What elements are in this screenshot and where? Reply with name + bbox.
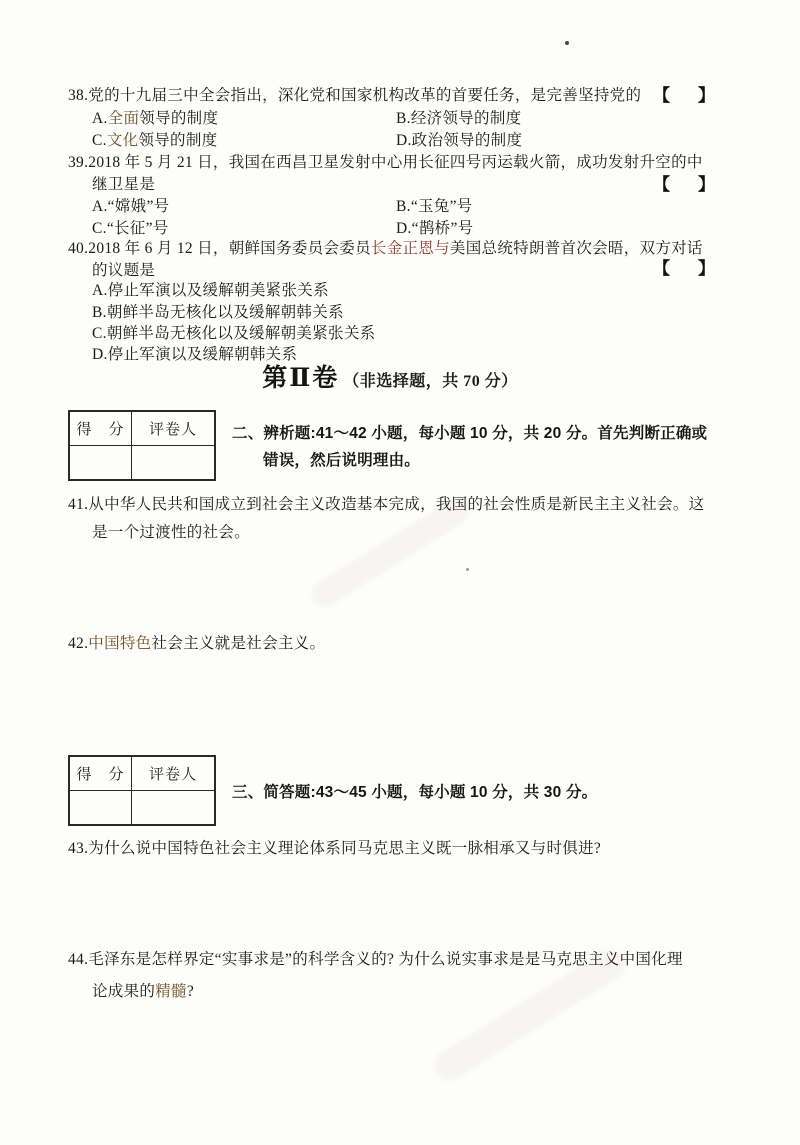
bracket-open: 【 (653, 86, 670, 106)
grader-label: 评卷人 (132, 757, 214, 791)
question-39-stem-line1: 39.2018 年 5 月 21 日，我国在西昌卫星发射中心用长征四号丙运载火箭… (68, 153, 703, 173)
question-44-line1: 44.毛泽东是怎样界定“实事求是”的科学含义的? 为什么说实事求是是马克思主义中… (68, 950, 683, 970)
bracket-close: 】 (698, 86, 715, 106)
score-box-1: 得 分 评卷人 (68, 410, 216, 481)
score-value-cell (70, 446, 132, 479)
bracket-close: 】 (698, 175, 715, 195)
score-value-cell (70, 791, 132, 824)
grader-label: 评卷人 (132, 412, 214, 446)
part2-subtitle: （非选择题，共 70 分） (343, 368, 518, 391)
question-39-stem-text: 继卫星是 (92, 176, 155, 193)
grader-value-cell (132, 791, 214, 824)
option-label: C. (92, 132, 107, 149)
question-39-option-c: C.“长征”号 (92, 219, 169, 239)
scan-speck (466, 568, 469, 571)
option-text: C.“长征”号 (92, 220, 169, 237)
question-40-option-c: C.朝鲜半岛无核化以及缓解朝美紧张关系 (92, 324, 375, 344)
option-text: A.“嫦娥”号 (92, 198, 169, 215)
question-38-stem-text: 38.党的十九届三中全会指出，深化党和国家机构改革的首要任务，是完善坚持党的 (68, 87, 641, 104)
scan-speck (565, 41, 569, 45)
question-44-text: 论成果的 (92, 983, 155, 1000)
bracket-open: 【 (653, 175, 670, 195)
question-38-answer-brackets: 【 】 (653, 86, 715, 106)
question-38-option-a: A.全面领导的制度 (92, 109, 218, 129)
question-42-line: 42.中国特色社会主义就是社会主义。 (68, 634, 325, 654)
question-41-text: 是一个过渡性的社会。 (92, 524, 250, 541)
question-41-line2: 是一个过渡性的社会。 (92, 523, 250, 543)
section2-text: 错误，然后说明理由。 (263, 452, 420, 469)
question-44-text: 精髓 (155, 983, 187, 1000)
bracket-close: 】 (698, 259, 715, 279)
option-label: A. (92, 110, 108, 127)
question-43-text: 43.为什么说中国特色社会主义理论体系同马克思主义既一脉相承又与时俱进? (68, 840, 601, 857)
question-40-answer-brackets: 【 】 (653, 259, 715, 279)
option-text: B.“玉兔”号 (396, 198, 473, 215)
option-text: 文化 (107, 132, 139, 149)
question-40-stem-line1: 40.2018 年 6 月 12 日，朝鲜国务委员会委员长金正恩与美国总统特朗普… (68, 239, 703, 259)
option-text: 全面 (108, 110, 140, 127)
question-39-stem-line2: 继卫星是 (92, 175, 155, 195)
score-box-2: 得 分 评卷人 (68, 755, 216, 826)
score-label: 得 分 (70, 412, 132, 446)
question-40-option-b: B.朝鲜半岛无核化以及缓解朝韩关系 (92, 303, 344, 323)
question-43-line: 43.为什么说中国特色社会主义理论体系同马克思主义既一脉相承又与时俱进? (68, 839, 601, 859)
section2-instructions-line2: 错误，然后说明理由。 (263, 451, 420, 471)
section2-text: 二、辨析题:41～42 小题，每小题 10 分，共 20 分。首先判断正确或 (232, 425, 707, 442)
section2-instructions-line1: 二、辨析题:41～42 小题，每小题 10 分，共 20 分。首先判断正确或 (232, 424, 707, 444)
question-39-answer-brackets: 【 】 (653, 175, 715, 195)
section3-text: 三、简答题:43～45 小题，每小题 10 分，共 30 分。 (232, 784, 597, 801)
question-40-stem-line2: 的议题是 (92, 261, 155, 281)
option-text: D.“鹊桥”号 (396, 220, 473, 237)
question-38-option-c: C.文化领导的制度 (92, 131, 217, 151)
option-text: 领导的制度 (139, 110, 218, 127)
part2-title: 第Ⅱ卷 (262, 358, 339, 394)
question-38-option-d: D.政治领导的制度 (396, 131, 522, 151)
question-39-stem-text: 39.2018 年 5 月 21 日，我国在西昌卫星发射中心用长征四号丙运载火箭… (68, 154, 703, 171)
question-38-option-b: B.经济领导的制度 (396, 109, 521, 129)
option-text: B.朝鲜半岛无核化以及缓解朝韩关系 (92, 304, 344, 321)
question-44-text: 44.毛泽东是怎样界定“实事求是”的科学含义的? 为什么说实事求是是马克思主义中… (68, 951, 683, 968)
question-41-text: 41.从中华人民共和国成立到社会主义改造基本完成，我国的社会性质是新民主主义社会… (68, 496, 704, 513)
question-40-stem-text: 美国总统特朗普首次会晤，双方对话 (450, 240, 703, 257)
option-text: B.经济领导的制度 (396, 110, 521, 127)
question-39-option-b: B.“玉兔”号 (396, 197, 473, 217)
question-42-number: 42. (68, 635, 88, 652)
part2-heading: 第Ⅱ卷 （非选择题，共 70 分） (0, 358, 780, 394)
question-40-stem-text: 40.2018 年 6 月 12 日，朝鲜国务委员会委员 (68, 240, 371, 257)
question-39-option-d: D.“鹊桥”号 (396, 219, 473, 239)
bracket-open: 【 (653, 259, 670, 279)
question-42-text: 中国特色 (88, 635, 151, 652)
grader-value-cell (132, 446, 214, 479)
question-40-option-a: A.停止军演以及缓解朝美紧张关系 (92, 281, 329, 301)
question-40-stem-text: 长金正恩与 (371, 240, 450, 257)
question-38-stem: 38.党的十九届三中全会指出，深化党和国家机构改革的首要任务，是完善坚持党的 (68, 86, 641, 106)
question-44-text: ? (187, 983, 194, 1000)
question-39-option-a: A.“嫦娥”号 (92, 197, 169, 217)
question-42-text: 社会主义就是社会主义。 (151, 635, 325, 652)
section3-instructions-line1: 三、简答题:43～45 小题，每小题 10 分，共 30 分。 (232, 783, 597, 803)
option-text: A.停止军演以及缓解朝美紧张关系 (92, 282, 329, 299)
option-text: D.政治领导的制度 (396, 132, 522, 149)
score-label: 得 分 (70, 757, 132, 791)
option-text: 领导的制度 (138, 132, 217, 149)
question-40-stem-text: 的议题是 (92, 262, 155, 279)
question-41-line1: 41.从中华人民共和国成立到社会主义改造基本完成，我国的社会性质是新民主主义社会… (68, 495, 704, 515)
option-text: C.朝鲜半岛无核化以及缓解朝美紧张关系 (92, 325, 375, 342)
question-44-line2: 论成果的精髓? (92, 982, 194, 1002)
exam-paper-page: 38.党的十九届三中全会指出，深化党和国家机构改革的首要任务，是完善坚持党的 【… (0, 0, 800, 1145)
